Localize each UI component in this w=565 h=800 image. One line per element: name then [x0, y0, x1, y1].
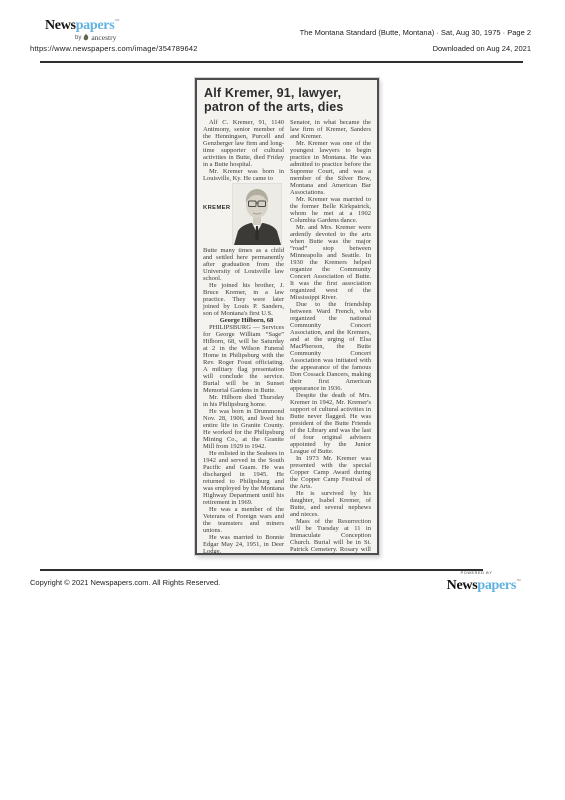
ancestry-sub-brand: by ancestry [75, 33, 119, 42]
clipping-content: Alf Kremer, 91, lawyer, patron of the ar… [197, 80, 377, 555]
logo-news-text: News [45, 18, 76, 33]
paragraph: PHILIPSBURG — Services for George Willia… [203, 324, 284, 394]
paragraph: Despite the death of Mrs. Kremer in 1942… [290, 392, 371, 455]
left-column: Alf C. Kremer, 91, 1140 Antimony, senior… [203, 119, 284, 555]
footer-newspapers-logo: POWERED BY Newspapers™ [447, 571, 521, 594]
ancestry-wordmark: ancestry [91, 33, 116, 42]
headline-line-1: Alf Kremer, 91, lawyer, [204, 86, 341, 100]
paragraph: Mr. Hilborn died Thursday in his Philips… [203, 394, 284, 408]
paragraph: Mr. Kremer was married to the former Bel… [290, 196, 371, 224]
clipping-url-link[interactable]: https://www.newspapers.com/image/3547896… [30, 44, 198, 53]
ancestry-by-label: by [75, 35, 81, 41]
header-divider [40, 61, 523, 63]
paragraph: Butte many times as a child and settled … [203, 247, 284, 282]
footer-logo-trademark: ™ [516, 579, 521, 585]
paragraph: Mass of the Resurrection will be Tuesday… [290, 518, 371, 555]
newspapers-wordmark: Newspapers™ [45, 16, 119, 34]
source-line: The Montana Standard (Butte, Montana) · … [300, 25, 531, 41]
newspaper-clipping: Alf Kremer, 91, lawyer, patron of the ar… [195, 78, 379, 555]
footer-logo-papers-text: papers [477, 578, 516, 593]
paragraph: He was born in Drummond Nov. 28, 1906, a… [203, 408, 284, 450]
copyright-text: Copyright © 2021 Newspapers.com. All Rig… [30, 578, 220, 587]
paragraph: He was married to Bonnie Edgar May 24, 1… [203, 534, 284, 555]
article-headline: Alf Kremer, 91, lawyer, patron of the ar… [204, 87, 372, 114]
paragraph: Mr. and Mrs. Kremer were ardently devote… [290, 224, 371, 301]
source-meta-block: The Montana Standard (Butte, Montana) · … [300, 25, 531, 57]
paragraph: Due to the friendship between Ward Frenc… [290, 301, 371, 392]
logo-papers-text: papers [76, 18, 115, 33]
footer-logo-news-text: News [447, 578, 478, 593]
section-header-hilborn: George Hilborn, 68 [203, 317, 284, 324]
paragraph: He was a member of the Veterans of Forei… [203, 506, 284, 534]
paragraph: He is survived by his daughter, Isabel K… [290, 490, 371, 518]
article-columns: Alf C. Kremer, 91, 1140 Antimony, senior… [203, 119, 372, 555]
headline-line-2: patron of the arts, dies [204, 100, 344, 114]
paragraph: Mr. Kremer was born in Louisville, Ky. H… [203, 168, 284, 182]
footer-divider [40, 569, 483, 571]
photo-caption: KREMER [203, 183, 232, 245]
photo-figure: KREMER [203, 183, 284, 245]
paragraph: Senator, in what became the law firm of … [290, 119, 371, 140]
paragraph: He joined his brother, J. Bruce Kremer, … [203, 282, 284, 317]
newspapers-logo: Newspapers™ by ancestry [45, 16, 119, 42]
logo-trademark: ™ [114, 19, 119, 25]
kremer-portrait-photo [232, 183, 282, 245]
paragraph: He enlisted in the Seabees in 1942 and s… [203, 450, 284, 506]
right-column: Senator, in what became the law firm of … [290, 119, 371, 555]
paragraph: Mr. Kremer was one of the youngest lawye… [290, 140, 371, 196]
paragraph: In 1973 Mr. Kremer was presented with th… [290, 455, 371, 490]
ancestry-leaf-icon [83, 34, 89, 41]
footer-wordmark: Newspapers™ [447, 576, 521, 594]
downloaded-line: Downloaded on Aug 24, 2021 [300, 41, 531, 57]
paragraph: Alf C. Kremer, 91, 1140 Antimony, senior… [203, 119, 284, 168]
